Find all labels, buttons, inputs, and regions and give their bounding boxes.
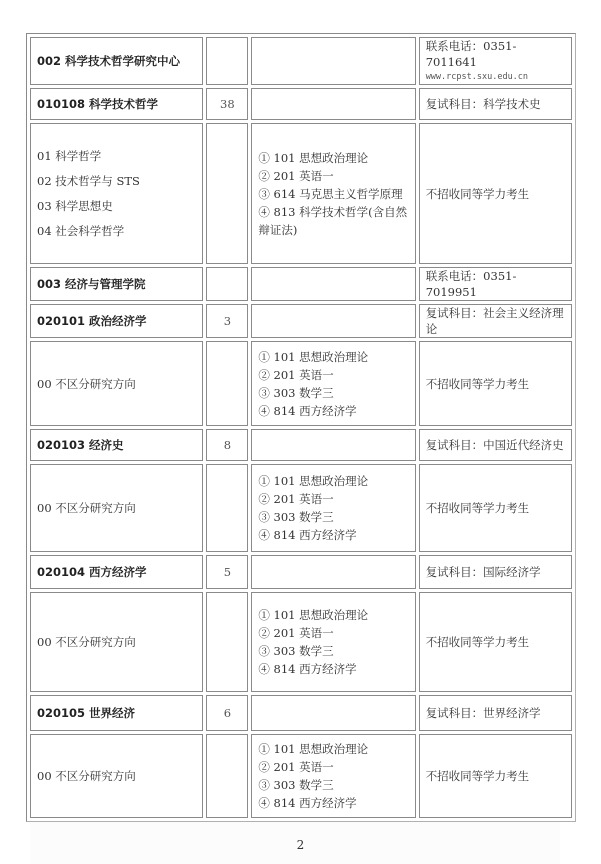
remarks-cell: 不招收同等学力考生 bbox=[419, 592, 572, 692]
exam-subject: ① 101 思想政治理论 bbox=[258, 472, 408, 490]
remarks-cell: 联系电话：0351-7011641www.rcpst.sxu.edu.cn bbox=[419, 37, 572, 85]
exam-subject: ④ 814 西方经济学 bbox=[258, 660, 408, 678]
remark-text: 复试科目：国际经济学 bbox=[426, 564, 565, 580]
major-row: 020105 世界经济6复试科目：世界经济学 bbox=[30, 695, 572, 731]
remarks-cell: 复试科目：社会主义经济理论 bbox=[419, 304, 572, 338]
remarks-cell: 不招收同等学力考生 bbox=[419, 123, 572, 264]
exam-subject: ① 101 思想政治理论 bbox=[258, 740, 408, 758]
exam-subject: ② 201 英语一 bbox=[258, 490, 408, 508]
major-name-cell: 020105 世界经济 bbox=[30, 695, 203, 731]
exam-subject: ③ 614 马克思主义哲学原理 bbox=[258, 185, 408, 203]
research-direction: 04 社会科学哲学 bbox=[37, 223, 196, 239]
catalog-body: 002 科学技术哲学研究中心联系电话：0351-7011641www.rcpst… bbox=[30, 37, 572, 818]
direction-row: 00 不区分研究方向① 101 思想政治理论② 201 英语一③ 303 数学三… bbox=[30, 464, 572, 552]
research-directions-cell: 00 不区分研究方向 bbox=[30, 341, 203, 426]
enrollment-count-cell bbox=[206, 37, 248, 85]
exam-subject: ④ 814 西方经济学 bbox=[258, 402, 408, 420]
exam-subjects-cell bbox=[251, 304, 415, 338]
research-directions-cell: 00 不区分研究方向 bbox=[30, 464, 203, 552]
exam-subject: ① 101 思想政治理论 bbox=[258, 149, 408, 167]
direction-row: 00 不区分研究方向① 101 思想政治理论② 201 英语一③ 303 数学三… bbox=[30, 592, 572, 692]
remarks-cell: 复试科目：国际经济学 bbox=[419, 555, 572, 589]
remarks-cell: 复试科目：科学技术史 bbox=[419, 88, 572, 120]
remarks-cell: 不招收同等学力考生 bbox=[419, 734, 572, 818]
exam-subject: ② 201 英语一 bbox=[258, 758, 408, 776]
research-direction: 00 不区分研究方向 bbox=[37, 634, 196, 650]
enrollment-count-cell: 3 bbox=[206, 304, 248, 338]
remarks-cell: 复试科目：中国近代经济史 bbox=[419, 429, 572, 461]
major-row: 020104 西方经济学5复试科目：国际经济学 bbox=[30, 555, 572, 589]
remark-text: 不招收同等学力考生 bbox=[426, 768, 565, 784]
exam-subject: ④ 813 科学技术哲学(含自然辩证法) bbox=[258, 203, 408, 239]
major-name-cell: 010108 科学技术哲学 bbox=[30, 88, 203, 120]
remarks-cell: 联系电话：0351-7019951 bbox=[419, 267, 572, 301]
exam-subject: ④ 814 西方经济学 bbox=[258, 794, 408, 812]
remark-text: 联系电话：0351-7019951 bbox=[426, 268, 565, 300]
major-name-cell: 020104 西方经济学 bbox=[30, 555, 203, 589]
exam-subjects-cell bbox=[251, 429, 415, 461]
enrollment-count-cell bbox=[206, 341, 248, 426]
page-number: 2 bbox=[0, 838, 601, 852]
enrollment-count-cell bbox=[206, 464, 248, 552]
enrollment-count-cell: 5 bbox=[206, 555, 248, 589]
research-direction: 03 科学思想史 bbox=[37, 198, 196, 214]
remarks-cell: 不招收同等学力考生 bbox=[419, 341, 572, 426]
exam-subjects-cell bbox=[251, 695, 415, 731]
remarks-cell: 复试科目：世界经济学 bbox=[419, 695, 572, 731]
direction-row: 00 不区分研究方向① 101 思想政治理论② 201 英语一③ 303 数学三… bbox=[30, 341, 572, 426]
direction-row: 01 科学哲学02 技术哲学与 STS03 科学思想史04 社会科学哲学① 10… bbox=[30, 123, 572, 264]
exam-subject: ① 101 思想政治理论 bbox=[258, 348, 408, 366]
remark-text: 复试科目：中国近代经济史 bbox=[426, 437, 565, 453]
major-row: 020101 政治经济学3复试科目：社会主义经济理论 bbox=[30, 304, 572, 338]
enrollment-catalog-table: 002 科学技术哲学研究中心联系电话：0351-7011641www.rcpst… bbox=[26, 33, 576, 822]
major-row: 020103 经济史8复试科目：中国近代经济史 bbox=[30, 429, 572, 461]
exam-subjects-cell: ① 101 思想政治理论② 201 英语一③ 303 数学三④ 814 西方经济… bbox=[251, 464, 415, 552]
remark-text: 不招收同等学力考生 bbox=[426, 186, 565, 202]
enrollment-count-cell: 38 bbox=[206, 88, 248, 120]
exam-subject: ③ 303 数学三 bbox=[258, 508, 408, 526]
remark-text: 不招收同等学力考生 bbox=[426, 500, 565, 516]
enrollment-count-cell: 8 bbox=[206, 429, 248, 461]
exam-subjects-cell bbox=[251, 555, 415, 589]
exam-subject: ③ 303 数学三 bbox=[258, 642, 408, 660]
major-name-cell: 020103 经济史 bbox=[30, 429, 203, 461]
exam-subjects-cell bbox=[251, 37, 415, 85]
exam-subject: ② 201 英语一 bbox=[258, 624, 408, 642]
research-direction: 02 技术哲学与 STS bbox=[37, 173, 196, 189]
exam-subject: ④ 814 西方经济学 bbox=[258, 526, 408, 544]
research-direction: 00 不区分研究方向 bbox=[37, 376, 196, 392]
unit-name-cell: 002 科学技术哲学研究中心 bbox=[30, 37, 203, 85]
exam-subjects-cell bbox=[251, 88, 415, 120]
exam-subject: ③ 303 数学三 bbox=[258, 776, 408, 794]
exam-subjects-cell: ① 101 思想政治理论② 201 英语一③ 303 数学三④ 814 西方经济… bbox=[251, 734, 415, 818]
enrollment-count-cell bbox=[206, 592, 248, 692]
research-directions-cell: 00 不区分研究方向 bbox=[30, 734, 203, 818]
enrollment-count-cell bbox=[206, 123, 248, 264]
exam-subject: ② 201 英语一 bbox=[258, 366, 408, 384]
unit-name-cell: 003 经济与管理学院 bbox=[30, 267, 203, 301]
unit-row: 003 经济与管理学院联系电话：0351-7019951 bbox=[30, 267, 572, 301]
exam-subject: ① 101 思想政治理论 bbox=[258, 606, 408, 624]
remark-text: 不招收同等学力考生 bbox=[426, 376, 565, 392]
major-name-cell: 020101 政治经济学 bbox=[30, 304, 203, 338]
exam-subjects-cell: ① 101 思想政治理论② 201 英语一③ 303 数学三④ 814 西方经济… bbox=[251, 341, 415, 426]
remarks-cell: 不招收同等学力考生 bbox=[419, 464, 572, 552]
website-url: www.rcpst.sxu.edu.cn bbox=[426, 72, 565, 84]
exam-subjects-cell: ① 101 思想政治理论② 201 英语一③ 303 数学三④ 814 西方经济… bbox=[251, 592, 415, 692]
direction-row: 00 不区分研究方向① 101 思想政治理论② 201 英语一③ 303 数学三… bbox=[30, 734, 572, 818]
exam-subjects-cell bbox=[251, 267, 415, 301]
remark-text: 不招收同等学力考生 bbox=[426, 634, 565, 650]
enrollment-count-cell bbox=[206, 734, 248, 818]
research-direction: 01 科学哲学 bbox=[37, 148, 196, 164]
enrollment-count-cell bbox=[206, 267, 248, 301]
remark-text: 复试科目：世界经济学 bbox=[426, 705, 565, 721]
exam-subject: ② 201 英语一 bbox=[258, 167, 408, 185]
major-row: 010108 科学技术哲学38复试科目：科学技术史 bbox=[30, 88, 572, 120]
research-direction: 00 不区分研究方向 bbox=[37, 500, 196, 516]
research-direction: 00 不区分研究方向 bbox=[37, 768, 196, 784]
enrollment-count-cell: 6 bbox=[206, 695, 248, 731]
unit-row: 002 科学技术哲学研究中心联系电话：0351-7011641www.rcpst… bbox=[30, 37, 572, 85]
exam-subject: ③ 303 数学三 bbox=[258, 384, 408, 402]
remark-text: 联系电话：0351-7011641 bbox=[426, 38, 565, 70]
remark-text: 复试科目：社会主义经济理论 bbox=[426, 305, 565, 337]
exam-subjects-cell: ① 101 思想政治理论② 201 英语一③ 614 马克思主义哲学原理④ 81… bbox=[251, 123, 415, 264]
research-directions-cell: 01 科学哲学02 技术哲学与 STS03 科学思想史04 社会科学哲学 bbox=[30, 123, 203, 264]
research-directions-cell: 00 不区分研究方向 bbox=[30, 592, 203, 692]
remark-text: 复试科目：科学技术史 bbox=[426, 96, 565, 112]
